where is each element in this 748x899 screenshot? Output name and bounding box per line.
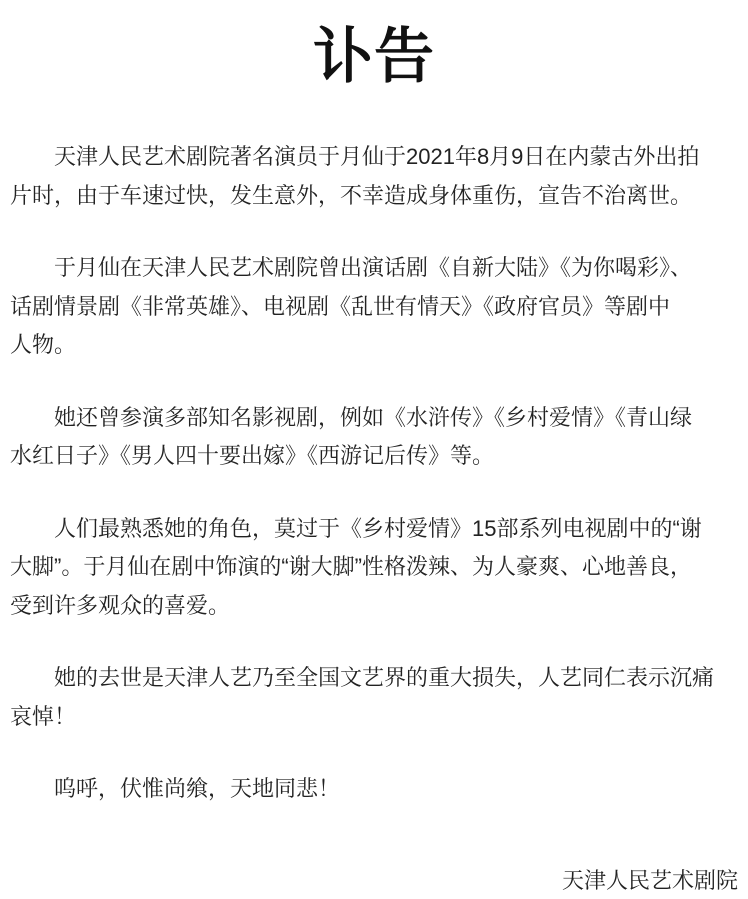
obituary-notice-page: 讣告 天津人民艺术剧院著名演员于月仙于2021年8月9日在内蒙古外出拍 片时，由… — [0, 11, 748, 899]
notice-title: 讣告 — [10, 11, 738, 103]
notice-paragraph-theatre-roles: 于月仙在天津人民艺术剧院曾出演话剧《自新大陆》《为你喝彩》、 话剧情景剧《非常英… — [10, 249, 738, 365]
notice-paragraph-film-tv-roles: 她还曾参演多部知名影视剧，例如《水浒传》《乡村爱情》《青山绿 水红日子》《男人四… — [10, 399, 738, 476]
notice-paragraph-death-announcement: 天津人民艺术剧院著名演员于月仙于2021年8月9日在内蒙古外出拍 片时，由于车速… — [10, 138, 738, 215]
notice-paragraph-condolences: 她的去世是天津人艺乃至全国文艺界的重大损失，人艺同仁表示沉痛 哀悼！ — [10, 659, 738, 736]
notice-paragraph-famous-character: 人们最熟悉她的角色，莫过于《乡村爱情》15部系列电视剧中的“谢 大脚”。于月仙在… — [10, 510, 738, 626]
notice-signature: 天津人民艺术剧院 — [10, 862, 738, 899]
notice-paragraph-lament: 呜呼，伏惟尚飨，天地同悲！ — [10, 770, 738, 809]
